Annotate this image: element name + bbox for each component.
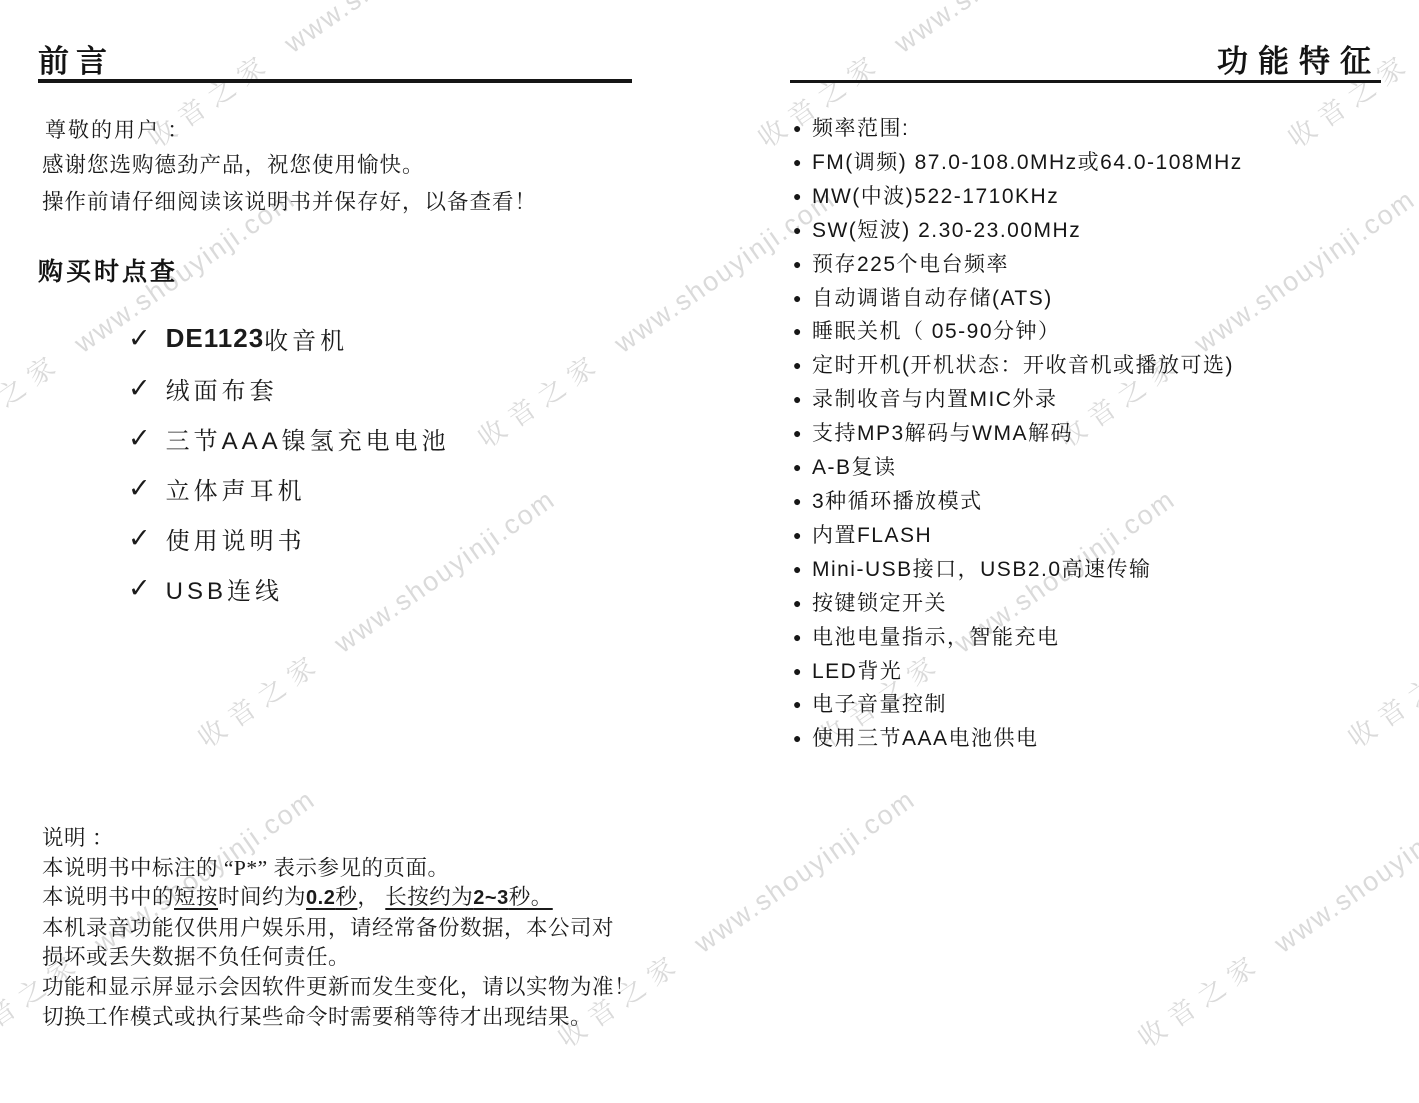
bullet-icon: ● [793,316,803,348]
features-rule [790,80,1381,83]
bullet-icon: ● [793,215,803,247]
notes-title: 说明 ： [42,824,636,854]
check-icon: ✓ [128,525,151,552]
note-line: 功能和显示屏显示会因软件更新而发生变化，请以实物为准！ [42,973,636,1003]
page-content: 前言 尊敬的用户 ： 感谢您选购德劲产品，祝您使用愉快。 操作前请仔细阅读该说明… [0,0,1419,1103]
note-segment: ， [357,885,385,909]
feature-label: SW(短波) 2.30-23.00MHz [812,215,1081,247]
note-segment: 短按 [174,885,218,909]
feature-item: ●睡眠关机（ 05-90分钟） [793,316,1243,350]
bullet-icon: ● [793,350,803,382]
feature-label: LED背光 [812,656,902,688]
checklist-item-label: 使用说明书 [166,521,306,556]
note-segment: 长按 [385,885,429,909]
note-line-press: 本说明书中的短按时间约为0.2秒， 长按约为2~3秒。 [42,883,636,914]
feature-item: ●频率范围: [793,113,1243,147]
feature-item: ●电池电量指示，智能充电 [793,622,1243,656]
feature-label: 按键锁定开关 [812,588,947,620]
feature-item: ●MW(中波)522-1710KHz [793,181,1243,215]
check-icon: ✓ [128,575,151,602]
bullet-icon: ● [793,486,803,518]
checklist-item-label: 绒面布套 [166,371,278,406]
feature-label: A-B复读 [812,452,897,484]
bullet-icon: ● [793,384,803,416]
note-lines: 本机录音功能仅供用户娱乐用，请经常备份数据，本公司对损坏或丢失数据不负任何责任。… [42,914,636,1032]
checklist-item: ✓使用说明书 [128,513,450,563]
manual-page: 收音之家www.shouyinji.com收音之家www.shouyinji.c… [0,0,1419,1103]
feature-label: MW(中波)522-1710KHz [812,181,1059,213]
feature-label: 自动调谐自动存储(ATS) [812,283,1053,315]
feature-item: ●LED背光 [793,656,1243,690]
feature-list: ●频率范围:●FM(调频) 87.0-108.0MHz或64.0-108MHz●… [793,113,1243,757]
features-title: 功能特征 [1217,36,1381,81]
feature-item: ●录制收音与内置MIC外录 [793,384,1243,418]
feature-item: ●SW(短波) 2.30-23.00MHz [793,215,1243,249]
bullet-icon: ● [793,689,803,721]
feature-item: ●Mini-USB接口，USB2.0高速传输 [793,554,1243,588]
bullet-icon: ● [793,622,803,654]
feature-label: 录制收音与内置MIC外录 [812,384,1058,416]
feature-label: 预存225个电台频率 [812,249,1009,281]
feature-item: ●定时开机(开机状态：开收音机或播放可选) [793,350,1243,384]
feature-item: ●按键锁定开关 [793,588,1243,622]
feature-item: ●自动调谐自动存储(ATS) [793,283,1243,317]
feature-label: 3种循环播放模式 [812,486,983,518]
feature-label: 定时开机(开机状态：开收音机或播放可选) [812,350,1234,382]
bullet-icon: ● [793,249,803,281]
bullet-icon: ● [793,656,803,688]
notes-section: 说明 ： 本说明书中标注的 “P*” 表示参见的页面。 本说明书中的短按时间约为… [42,824,636,1032]
bullet-icon: ● [793,723,803,755]
checklist-item: ✓DE1123收音机 [128,313,450,363]
feature-label: 电池电量指示，智能充电 [812,622,1060,654]
preface-title: 前言 [38,36,114,81]
feature-item: ●使用三节AAA电池供电 [793,723,1243,757]
note-segment: 本说明书中的 [42,885,174,909]
checklist-item-label: USB连线 [166,571,283,606]
checklist-item-label: 立体声耳机 [166,471,306,506]
bullet-icon: ● [793,588,803,620]
preface-rule [38,79,632,83]
intro-line: 感谢您选购德劲产品，祝您使用愉快。 [42,147,537,184]
checklist-item-label: 收音机 [264,321,348,356]
checklist-item-label: 三节AAA镍氢充电电池 [166,421,450,456]
note-line: 本机录音功能仅供用户娱乐用，请经常备份数据，本公司对 [42,914,636,944]
feature-label: 使用三节AAA电池供电 [812,723,1039,755]
note-segment: 2~3 [473,887,508,909]
feature-label: 支持MP3解码与WMA解码 [812,418,1073,450]
note-segment: 秒 [335,885,357,909]
bullet-icon: ● [793,452,803,484]
checklist-item-model: DE1123 [166,323,265,354]
feature-label: 内置FLASH [812,520,932,552]
feature-label: 电子音量控制 [812,689,947,721]
bullet-icon: ● [793,113,803,145]
feature-item: ●3种循环播放模式 [793,486,1243,520]
bullet-icon: ● [793,283,803,315]
feature-item: ●支持MP3解码与WMA解码 [793,418,1243,452]
feature-label: Mini-USB接口，USB2.0高速传输 [812,554,1152,586]
intro-line: 操作前请仔细阅读该说明书并保存好，以备查看！ [42,184,537,221]
checklist-item: ✓立体声耳机 [128,463,450,513]
feature-item: ●内置FLASH [793,520,1243,554]
feature-item: ●A-B复读 [793,452,1243,486]
note-segment: 时间约为 [218,885,306,909]
note-line: 损坏或丢失数据不负任何责任。 [42,943,636,973]
feature-item: ●电子音量控制 [793,689,1243,723]
bullet-icon: ● [793,147,803,179]
check-icon: ✓ [128,375,151,402]
checklist-item: ✓三节AAA镍氢充电电池 [128,413,450,463]
check-icon: ✓ [128,325,151,352]
feature-label: 频率范围: [812,113,909,145]
intro-paragraph: 感谢您选购德劲产品，祝您使用愉快。 操作前请仔细阅读该说明书并保存好，以备查看！ [42,147,537,221]
bullet-icon: ● [793,181,803,213]
checklist-title: 购买时点查 [38,252,178,288]
greeting-text: 尊敬的用户 ： [45,114,190,144]
note-line: 切换工作模式或执行某些命令时需要稍等待才出现结果。 [42,1003,636,1033]
note-segment: 约为 [429,885,473,909]
checklist-item: ✓绒面布套 [128,363,450,413]
check-icon: ✓ [128,475,151,502]
check-icon: ✓ [128,425,151,452]
checklist-item: ✓USB连线 [128,563,450,613]
bullet-icon: ● [793,520,803,552]
feature-label: 睡眠关机（ 05-90分钟） [812,316,1061,348]
feature-item: ●FM(调频) 87.0-108.0MHz或64.0-108MHz [793,147,1243,181]
note-segment: 0.2 [306,887,335,909]
checklist: ✓DE1123收音机✓绒面布套✓三节AAA镍氢充电电池✓立体声耳机✓使用说明书✓… [128,313,450,613]
bullet-icon: ● [793,554,803,586]
note-segment: 秒。 [509,885,553,909]
bullet-icon: ● [793,418,803,450]
feature-item: ●预存225个电台频率 [793,249,1243,283]
feature-label: FM(调频) 87.0-108.0MHz或64.0-108MHz [812,147,1243,179]
note-line: 本说明书中标注的 “P*” 表示参见的页面。 [42,854,636,884]
